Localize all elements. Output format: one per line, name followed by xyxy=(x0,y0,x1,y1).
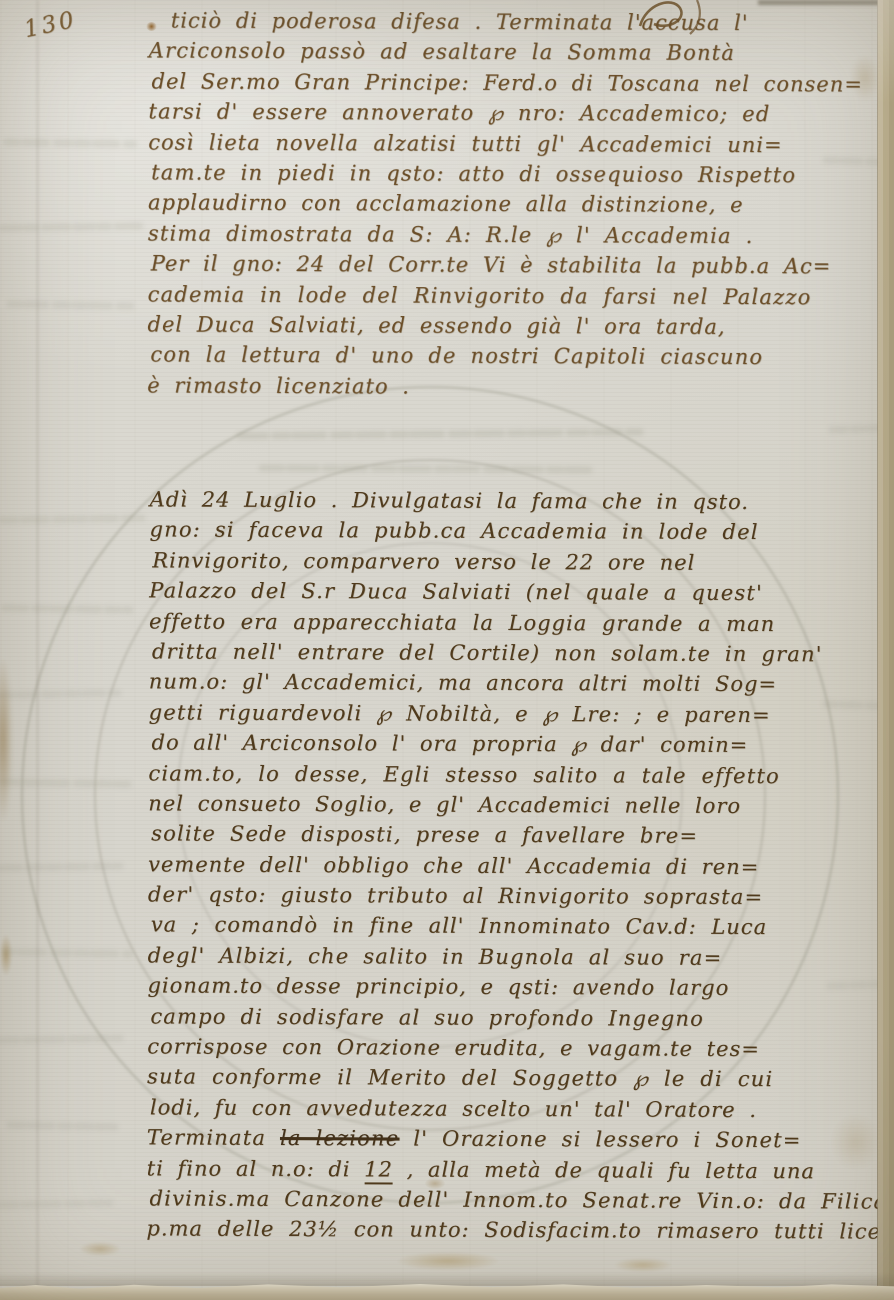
underlined-number: 12 xyxy=(364,1157,393,1184)
ghost-line xyxy=(4,608,130,610)
manuscript-line: divinis.ma Canzone dell' Innom.to Senat.… xyxy=(146,1186,888,1220)
bottom-stain xyxy=(398,1252,498,1270)
manuscript-line: solite Sede disposti, prese a favellare … xyxy=(148,822,890,856)
paper-fold-line xyxy=(36,0,39,1300)
manuscript-line: p.ma delle 23½ con unto: Sodisfacim.to r… xyxy=(146,1217,888,1251)
manuscript-line: ticiò di poderosa difesa . Terminata l'a… xyxy=(149,8,891,42)
edge-stain xyxy=(0,660,12,820)
ghost-line xyxy=(6,142,134,144)
manuscript-line: così lieta novella alzatisi tutti gl' Ac… xyxy=(148,130,890,164)
page-number: 130 xyxy=(22,7,79,43)
crossed-out-word: la lezione xyxy=(280,1126,400,1151)
paragraph-1: ticiò di poderosa difesa . Terminata l'a… xyxy=(147,8,891,406)
manuscript-line: effetto era apparecchiata la Loggia gran… xyxy=(149,609,891,643)
manuscript-line: con la lettura d' uno de nostri Capitoli… xyxy=(147,343,889,377)
manuscript-line: suta conforme il Merito del Soggetto ℘ l… xyxy=(147,1065,889,1099)
torn-bottom-edge xyxy=(0,1283,894,1300)
manuscript-line: vemente dell' obbligo che all' Accademia… xyxy=(148,852,890,886)
manuscript-line: stima dimostrata da S: A: R.le ℘ l' Acca… xyxy=(148,221,890,255)
line-text-pre: Terminata xyxy=(147,1126,280,1151)
ghost-line xyxy=(0,1038,120,1040)
ghost-line xyxy=(10,1125,115,1127)
manuscript-line: Per il gno: 24 del Corr.te Vi è stabilit… xyxy=(148,252,890,286)
ghost-line xyxy=(4,952,130,954)
manuscript-line: ciam.to, lo desse, Egli stesso salito a … xyxy=(148,761,890,795)
manuscript-line: tam.te in piedi in qsto: atto di ossequi… xyxy=(148,160,890,194)
manuscript-line: nel consueto Soglio, e gl' Accademici ne… xyxy=(148,791,890,825)
manuscript-line: Adì 24 Luglio . Divulgatasi la fama che … xyxy=(150,487,892,521)
line-text-post: , alla metà de quali fu letta una xyxy=(393,1157,815,1183)
line-text-post: l' Orazione si lessero i Sonet= xyxy=(399,1127,801,1153)
ghost-line xyxy=(240,432,640,436)
manuscript-line: del Duca Salviati, ed essendo già l' ora… xyxy=(147,312,889,346)
manuscript-line: dritta nell' entrare del Cortile) non so… xyxy=(149,639,891,673)
manuscript-line: corrispose con Orazione erudita, e vagam… xyxy=(147,1034,889,1068)
manuscript-line: gno: si faceva la pubb.ca Accademia in l… xyxy=(149,518,891,552)
ghost-line xyxy=(262,468,590,470)
line-text-pre: ti fino al n.o: di xyxy=(147,1156,365,1181)
manuscript-line: del Ser.mo Gran Principe: Ferd.o di Tosc… xyxy=(148,69,890,103)
page-right-edge xyxy=(877,0,894,1300)
manuscript-line: Rinvigorito, comparvero verso le 22 ore … xyxy=(149,548,891,582)
bottom-stain xyxy=(615,1258,671,1272)
manuscript-line: gionam.to desse principio, e qsti: avend… xyxy=(147,974,889,1008)
manuscript-line: va ; comandò in fine all' Innominato Cav… xyxy=(148,913,890,947)
ghost-line xyxy=(2,518,142,520)
manuscript-line: Palazzo del S.r Duca Salviati (nel quale… xyxy=(149,579,891,613)
top-edge-shadow xyxy=(758,0,888,5)
ghost-line xyxy=(10,304,132,306)
manuscript-line: è rimasto licenziato . xyxy=(147,373,889,407)
ghost-line xyxy=(2,226,140,228)
manuscript-line: campo di sodisfare al suo profondo Ingeg… xyxy=(147,1004,889,1038)
paragraph-2: Adì 24 Luglio . Divulgatasi la fama che … xyxy=(146,487,891,1250)
manuscript-line: num.o: gl' Accademici, ma ancora altri m… xyxy=(149,670,891,704)
manuscript-line: der' qsto: giusto tributo al Rinvigorito… xyxy=(148,882,890,916)
manuscript-line: getti riguardevoli ℘ Nobiltà, e ℘ Lre: ;… xyxy=(149,700,891,734)
manuscript-line-with-underline: ti fino al n.o: di 12 , alla metà de qua… xyxy=(147,1156,889,1190)
bottom-stain xyxy=(80,1242,120,1256)
manuscript-line: Arciconsolo passò ad esaltare la Somma B… xyxy=(149,39,891,73)
ghost-line xyxy=(2,782,128,784)
edge-stain xyxy=(0,935,12,975)
ghost-line xyxy=(0,693,118,695)
manuscript-page: 130 ticiò di poderosa difesa . Terminata… xyxy=(0,0,894,1300)
manuscript-line-with-strikethrough: Terminata la lezione l' Orazione si less… xyxy=(147,1126,889,1160)
manuscript-line: tarsi d' essere annoverato ℘ nro: Accade… xyxy=(148,100,890,134)
ghost-line xyxy=(0,866,120,868)
manuscript-line: degl' Albizi, che salito in Bugnola al s… xyxy=(148,943,890,977)
manuscript-line: do all' Arciconsolo l' ora propria ℘ dar… xyxy=(148,731,890,765)
manuscript-line: lodi, fu con avvedutezza scelto un' tal'… xyxy=(147,1095,889,1129)
manuscript-line: applaudirno con acclamazione alla distin… xyxy=(148,191,890,225)
manuscript-line: cademia in lode del Rinvigorito da farsi… xyxy=(148,282,890,316)
ghost-line xyxy=(0,1203,110,1205)
bottom-edge-shadow xyxy=(0,1272,894,1286)
